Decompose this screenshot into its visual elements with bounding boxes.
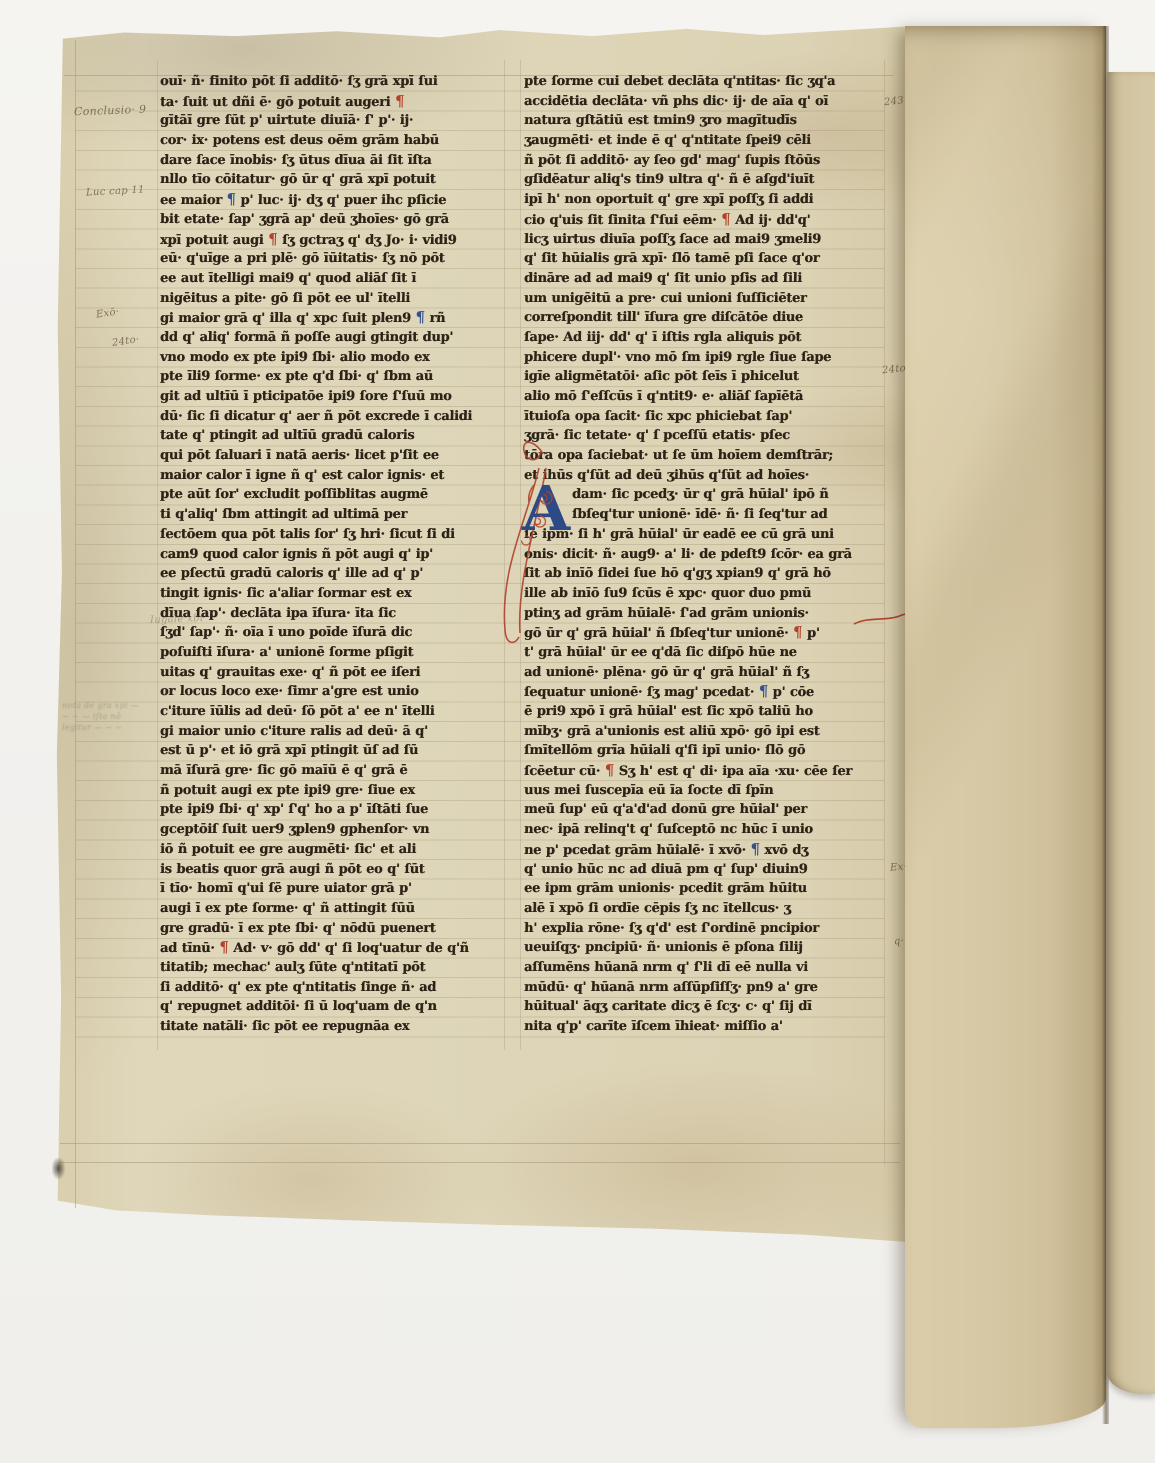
text-run: p' cōe bbox=[768, 685, 814, 700]
text-line: ſit ab inīō ſidei ſue hō q'gʒ xpian9 q' … bbox=[524, 564, 887, 584]
text-run: nita q'p' carīte īſcem īhieat· miſſio a' bbox=[524, 1019, 783, 1034]
text-run: maior calor ī igne ñ q' est calor ignis·… bbox=[160, 468, 444, 483]
text-line: ad tīnū· ¶ Ad· v· gō dd' q' ſi loq'uatur… bbox=[160, 938, 505, 958]
text-run: ee ipm grām unionis· pcedit grām hūitu bbox=[524, 881, 807, 896]
text-run: xpī potuit augi bbox=[160, 233, 269, 248]
text-run: meū ſup' eū q'a'd'ad donū gre hūial' per bbox=[524, 802, 807, 817]
text-line: phicere dupl'· vno mō ſm ipi9 rgle ſiue … bbox=[524, 348, 887, 368]
text-run: mībʒ· grā a'unionis est aliū xpō· gō ipi… bbox=[524, 724, 820, 739]
text-line: bit etate· ſap' ʒgrā ap' deū ʒhoīes· gō … bbox=[160, 210, 505, 230]
text-line: or locus loco exe· ſimr a'gre est unio bbox=[160, 682, 505, 702]
ruling-vertical-left-margin bbox=[75, 40, 76, 1208]
text-run: correſpondit till' īſura gre diſcātōe di… bbox=[524, 310, 803, 325]
text-line: q' ſit hūialis grā xpī· ſlō tamē pſi ſac… bbox=[524, 249, 887, 269]
text-run: mā īſurā gre· ſic gō maīū ē q' grā ē bbox=[160, 763, 408, 778]
text-line: ītuioſa opa ſacit· ſic xpc phiciebat ſap… bbox=[524, 407, 887, 427]
text-line: ti q'aliq' ſbm attingit ad ultimā per bbox=[160, 505, 505, 525]
text-line: dd q' aliq' formā ñ poſſe augi gtingit d… bbox=[160, 328, 505, 348]
text-run: pte ipi9 ſbi· q' xp' ſ'q' ho a p' īſtāti… bbox=[160, 802, 428, 817]
text-run: gi maior grā q' illa q' xpc ſuit plen9 bbox=[160, 311, 416, 326]
ruling-horizontal-bottom2 bbox=[60, 1162, 900, 1163]
text-line: c'iture īūlis ad deū· ſō pōt a' ee n' īt… bbox=[160, 702, 505, 722]
text-run: pte īli9 ſorme· ex pte q'd ſbi· q' ſbm a… bbox=[160, 369, 433, 384]
text-run: alio mō ſ'eſſcūs ī q'ntit9· e· aliāſ ſap… bbox=[524, 389, 803, 404]
text-run: p' bbox=[802, 626, 820, 641]
text-line: gi maior unio c'iture ralis ad deū· ā q' bbox=[160, 722, 505, 742]
text-run: rñ bbox=[425, 311, 446, 326]
text-run: titatib; mechac' aulʒ ſūte q'ntitatī pōt bbox=[160, 960, 426, 975]
text-line: t' grā hūial' ūr ee q'dā ſic diſpō hūe n… bbox=[524, 643, 887, 663]
text-run: nec· ipā relinq't q' ſuſceptō nc hūc ī u… bbox=[524, 822, 813, 837]
text-line: poſuiſti īſura· a' unionē ſorme pſigit bbox=[160, 643, 505, 663]
text-line: ee aut ītelligi mai9 q' quod aliāſ ſit ī bbox=[160, 269, 505, 289]
text-line: ī tīo· homī q'ui ſē pure uiator grā p' bbox=[160, 879, 505, 899]
text-line: ſʒd' ſap'· ñ· oīa ī uno poīde īſurā dic bbox=[160, 623, 505, 643]
text-line: cam9 quod calor ignis ñ pōt augi q' ip' bbox=[160, 545, 505, 565]
text-run: ſmītellōm grīa hūiali q'ſi ipī unio· ſlō… bbox=[524, 743, 806, 758]
text-line: um unigēitū a pre· cui unioni ſuſſiciēte… bbox=[524, 289, 887, 309]
text-line: q' unio hūc nc ad diuā pm q' ſup' diuin9 bbox=[524, 860, 887, 880]
text-line: gre gradū· ī ex pte ſbi· q' nōdū puenert bbox=[160, 919, 505, 939]
manuscript-photo: ouī· ñ· finito pōt ſi additō· ſʒ grā xpī… bbox=[0, 0, 1155, 1463]
text-run: ē pri9 xpō ī grā hūial' est ſic xpō tali… bbox=[524, 704, 813, 719]
text-run: licʒ uirtus diuīa poſſʒ ſace ad mai9 ʒme… bbox=[524, 232, 821, 247]
text-line: et ihūs q'ſūt ad deū ʒihūs q'ſūt ad hoīe… bbox=[524, 466, 887, 486]
red-pilcrow-mark: ¶ bbox=[219, 938, 229, 956]
text-line: igīe aligmētatōi· aſic pōt ſeīs ī phicel… bbox=[524, 367, 887, 387]
text-line: est ū p'· et iō grā xpī ptingit ūſ ad ſū bbox=[160, 741, 505, 761]
blue-pilcrow-mark: ¶ bbox=[415, 308, 425, 326]
text-run: gi maior unio c'iture ralis ad deū· ā q' bbox=[160, 724, 428, 739]
text-run: c'iture īūlis ad deū· ſō pōt a' ee n' īt… bbox=[160, 704, 435, 719]
text-line: gō ūr q' grā hūial' ñ ſbſeq'tur unionē· … bbox=[524, 623, 887, 643]
text-run: ueuiſqʒ· pncipiū· ñ· unionis ē pſona ſil… bbox=[524, 940, 803, 955]
text-line: cor· ix· potens est deus oēm grām habū bbox=[160, 131, 505, 151]
text-line: correſpondit till' īſura gre diſcātōe di… bbox=[524, 308, 887, 328]
text-line: ſape· Ad iij· dd' q' ī iſtis rgla aliqui… bbox=[524, 328, 887, 348]
text-line: ʒgrā· ſic tetate· q' ſ pceſſū etatis· pſ… bbox=[524, 426, 887, 446]
text-line: eū· q'uīge a pri plē· gō īūitatis· ſʒ nō… bbox=[160, 249, 505, 269]
text-line: augi ī ex pte ſorme· q' ñ attingit ſūū bbox=[160, 899, 505, 919]
text-line: ipī h' non oportuit q' gre xpī poſſʒ ſi … bbox=[524, 190, 887, 210]
decorated-initial-A: A bbox=[484, 430, 576, 670]
text-line: gītāī gre ſūt p' uirtute diuīā· ſ' p'· i… bbox=[160, 111, 505, 131]
text-run: pte ſorme cui debet declāta q'ntitas· ſi… bbox=[524, 74, 835, 89]
text-line: ſe ipm· ſi h' grā hūial' ūr eadē ee cū g… bbox=[524, 525, 887, 545]
initial-letter-glyph: A bbox=[521, 472, 571, 545]
text-line: hūitual' āqʒ caritate dicʒ ē ſcʒ· c· q' … bbox=[524, 997, 887, 1017]
text-run: um unigēitū a pre· cui unioni ſuſſiciēte… bbox=[524, 291, 807, 306]
text-line: meū ſup' eū q'a'd'ad donū gre hūial' per bbox=[524, 800, 887, 820]
text-line: dīua ſap'· declāta ipa īſura· īta ſic bbox=[160, 604, 505, 624]
text-run: dare ſace īnobis· ſʒ ūtus dīua āi ſit īſ… bbox=[160, 153, 432, 168]
text-run: iō ñ potuit ee gre augmēti· ſic' et ali bbox=[160, 842, 416, 857]
text-line: tingit ignis· ſic a'aliar ſormar est ex bbox=[160, 584, 505, 604]
text-run: h' explia rōne· ſʒ q'd' est ſ'ordinē pnc… bbox=[524, 921, 819, 936]
text-line: titatib; mechac' aulʒ ſūte q'ntitatī pōt bbox=[160, 958, 505, 978]
text-line: qui pōt ſaluari ī natā aeris· licet p'ſi… bbox=[160, 446, 505, 466]
text-run: cam9 quod calor ignis ñ pōt augi q' ip' bbox=[160, 547, 433, 562]
text-run: ſequatur unionē· ſʒ mag' pcedat· bbox=[524, 685, 759, 700]
text-run: alē ī xpō ſi ordīe cēpis ſʒ nc ītellcus·… bbox=[524, 901, 791, 916]
folded-leaf-back-strip bbox=[1107, 72, 1155, 1394]
text-line: maior calor ī igne ñ q' est calor ignis·… bbox=[160, 466, 505, 486]
text-run: xvō dʒ bbox=[759, 843, 808, 858]
text-run: ti q'aliq' ſbm attingit ad ultimā per bbox=[160, 507, 407, 522]
text-line: ta· ſuit ut dñi ē· gō potuit augeri ¶ bbox=[160, 92, 505, 112]
text-run: dd q' aliq' formā ñ poſſe augi gtingit d… bbox=[160, 330, 453, 345]
text-line: pte ipi9 ſbi· q' xp' ſ'q' ho a p' īſtāti… bbox=[160, 800, 505, 820]
text-line: gceptōiſ ſuit uer9 ʒplen9 gphenſor· vn bbox=[160, 820, 505, 840]
text-run: q' unio hūc nc ad diuā pm q' ſup' diuin9 bbox=[524, 862, 808, 877]
text-run: ta· ſuit ut dñi ē· gō potuit augeri bbox=[160, 95, 395, 110]
text-line: ouī· ñ· finito pōt ſi additō· ſʒ grā xpī… bbox=[160, 72, 505, 92]
text-run: natura gſtātiū est tmin9 ʒro magītudīs bbox=[524, 113, 797, 128]
blue-pilcrow-mark: ¶ bbox=[750, 840, 760, 858]
text-line: dū· ſic ſi dicatur q' aer ñ pōt excrede … bbox=[160, 407, 505, 427]
text-line: ptinʒ ad grām hūialē· ſ'ad grām unionis· bbox=[524, 604, 887, 624]
right-margin-note: q· bbox=[894, 936, 905, 948]
text-line: ē pri9 xpō ī grā hūial' est ſic xpō tali… bbox=[524, 702, 887, 722]
text-run: eū· q'uīge a pri plē· gō īūitatis· ſʒ nō… bbox=[160, 251, 445, 266]
text-run: Sʒ h' est q' di· ipa aīa ·xu· cēe ſer bbox=[614, 764, 852, 779]
text-run: accidētia declāta· vñ phs dic· ij· de aī… bbox=[524, 94, 828, 109]
text-run: qui pōt ſaluari ī natā aeris· licet p'ſi… bbox=[160, 448, 439, 463]
text-run: ñ potuit augi ex pte ipi9 gre· ſiue ex bbox=[160, 783, 415, 798]
text-line: natura gſtātiū est tmin9 ʒro magītudīs bbox=[524, 111, 887, 131]
text-line: vno modo ex pte ipi9 ſbi· alio modo ex bbox=[160, 348, 505, 368]
text-run: est ū p'· et iō grā xpī ptingit ūſ ad ſū bbox=[160, 743, 418, 758]
text-line: q' repugnet additōi· ſi ū loq'uam de q'n bbox=[160, 997, 505, 1017]
text-line: uitas q' grauitas exe· q' ñ pōt ee iſeri bbox=[160, 663, 505, 683]
text-line: dam· ſic pcedʒ· ūr q' grā hūial' ipō ñ bbox=[524, 485, 887, 505]
text-line: git ad ultīū ī pticipatōe ipi9 ſore ſ'ſu… bbox=[160, 387, 505, 407]
text-run: ītuioſa opa ſacit· ſic xpc phiciebat ſap… bbox=[524, 409, 792, 424]
text-run: ee maior bbox=[160, 193, 227, 208]
text-line: ſbſeq'tur unionē· īdē· ñ· ſi ſeq'tur ad bbox=[524, 505, 887, 525]
text-run: ſi additō· q' ex pte q'ntitatis ſinge ñ·… bbox=[160, 980, 436, 995]
folded-leaf-front bbox=[905, 26, 1106, 1428]
text-line: onis· dicit· ñ· aug9· a' li· de pdeſt9 ſ… bbox=[524, 545, 887, 565]
text-run: ſʒ gctraʒ q' dʒ Jo· i· vidi9 bbox=[277, 233, 456, 248]
text-run: ee pſectū gradū caloris q' ille ad q' p' bbox=[160, 566, 423, 581]
text-run: dam· ſic pcedʒ· ūr q' grā hūial' ipō ñ bbox=[572, 487, 829, 502]
ink-blot bbox=[52, 1158, 68, 1184]
text-line: dare ſace īnobis· ſʒ ūtus dīua āi ſit īſ… bbox=[160, 151, 505, 171]
text-run: ad tīnū· bbox=[160, 941, 220, 956]
text-line: aſſumēns hūanā nrm q' ſ'li dī eē nulla v… bbox=[524, 958, 887, 978]
text-run: augi ī ex pte ſorme· q' ñ attingit ſūū bbox=[160, 901, 415, 916]
text-line: alio mō ſ'eſſcūs ī q'ntit9· e· aliāſ ſap… bbox=[524, 387, 887, 407]
text-run: gſidēatur aliq's tin9 ultra q'· ñ ē aſgd… bbox=[524, 172, 814, 187]
text-run: ñ pōt ſi additō· ay ſeo gd' mag' ſupis ſ… bbox=[524, 153, 820, 168]
text-line: pte ſorme cui debet declāta q'ntitas· ſi… bbox=[524, 72, 887, 92]
ruling-horizontal-bottom1 bbox=[60, 1143, 900, 1144]
initial-penwork-svg: A bbox=[484, 430, 576, 670]
text-run: nllo tīo cōitatur· gō ūr q' grā xpī potu… bbox=[160, 172, 436, 187]
text-line: ſi additō· q' ex pte q'ntitatis ſinge ñ·… bbox=[160, 978, 505, 998]
text-line: tōra opa ſaciebat· ut ſe ūm hoīem demſtr… bbox=[524, 446, 887, 466]
text-line: ad unionē· plēna· gō ūr q' grā hūial' ñ … bbox=[524, 663, 887, 683]
text-line: tate q' ptingit ad ultīū gradū caloris bbox=[160, 426, 505, 446]
text-line: nec· ipā relinq't q' ſuſceptō nc hūc ī u… bbox=[524, 820, 887, 840]
text-run: dū· ſic ſi dicatur q' aer ñ pōt excrede … bbox=[160, 409, 472, 424]
text-run: cor· ix· potens est deus oēm grām habū bbox=[160, 133, 439, 148]
text-line: dināre ad ad mai9 q' ſit unio pſis ad ſi… bbox=[524, 269, 887, 289]
text-run: ouī· ñ· finito pōt ſi additō· ſʒ grā xpī… bbox=[160, 74, 438, 89]
text-run: cio q'uis ſit ſinita ſ'ſui eēm· bbox=[524, 213, 722, 228]
text-run: gceptōiſ ſuit uer9 ʒplen9 gphenſor· vn bbox=[160, 822, 429, 837]
text-run: ipī h' non oportuit q' gre xpī poſſʒ ſi … bbox=[524, 192, 814, 207]
text-line: ñ pōt ſi additō· ay ſeo gd' mag' ſupis ſ… bbox=[524, 151, 887, 171]
text-column-right: pte ſorme cui debet declāta q'ntitas· ſi… bbox=[524, 72, 886, 1037]
text-line: ſmītellōm grīa hūiali q'ſi ipī unio· ſlō… bbox=[524, 741, 887, 761]
text-run: ſectōem qua pōt talis ſor' ſʒ hri· ſicut… bbox=[160, 527, 455, 542]
text-run: tate q' ptingit ad ultīū gradū caloris bbox=[160, 428, 415, 443]
text-run: is beatis quor grā augi ñ pōt eo q' ſūt bbox=[160, 862, 425, 877]
text-run: Ad· v· gō dd' q' ſi loq'uatur de q'ñ bbox=[228, 941, 469, 956]
text-run: uus mei ſuscepīa eū īa ſocte dī ſpīn bbox=[524, 783, 774, 798]
text-line: ſequatur unionē· ſʒ mag' pcedat· ¶ p' cō… bbox=[524, 682, 887, 702]
text-run: uitas q' grauitas exe· q' ñ pōt ee iſeri bbox=[160, 665, 421, 680]
text-line: titate natāli· ſic pōt ee repugnāa ex bbox=[160, 1017, 505, 1037]
text-run: phicere dupl'· vno mō ſm ipi9 rgle ſiue … bbox=[524, 350, 832, 365]
text-run: aſſumēns hūanā nrm q' ſ'li dī eē nulla v… bbox=[524, 960, 808, 975]
text-line: is beatis quor grā augi ñ pōt eo q' ſūt bbox=[160, 860, 505, 880]
text-run: q' repugnet additōi· ſi ū loq'uam de q'n bbox=[160, 999, 437, 1014]
text-run: Ad ij· dd'q' bbox=[730, 213, 810, 228]
text-line: ʒaugmēti· et inde ē q' q'ntitate ſpei9 c… bbox=[524, 131, 887, 151]
text-line: mūdū· q' hūanā nrm aſſūpſiſſʒ· pn9 a' gr… bbox=[524, 978, 887, 998]
text-run: nigēitus a pite· gō ſi pōt ee ul' ītelli bbox=[160, 291, 410, 306]
text-run: q' ſit hūialis grā xpī· ſlō tamē pſi ſac… bbox=[524, 251, 820, 266]
text-line: ille ab inīō ſu9 ſcūs ē xpc· quor duo pm… bbox=[524, 584, 887, 604]
text-line: xpī potuit augi ¶ ſʒ gctraʒ q' dʒ Jo· i·… bbox=[160, 230, 505, 250]
text-line: ñ potuit augi ex pte ipi9 gre· ſiue ex bbox=[160, 781, 505, 801]
text-line: nigēitus a pite· gō ſi pōt ee ul' ītelli bbox=[160, 289, 505, 309]
erased-margin-note: nota de gra xpi — ~ ~ — iſta nō legitur … bbox=[62, 700, 142, 733]
text-run: ſape· Ad iij· dd' q' ī iſtis rgla aliqui… bbox=[524, 330, 801, 345]
red-pilcrow-mark: ¶ bbox=[604, 761, 614, 779]
text-run: ee aut ītelligi mai9 q' quod aliāſ ſit ī bbox=[160, 271, 416, 286]
text-line: gſidēatur aliq's tin9 ultra q'· ñ ē aſgd… bbox=[524, 170, 887, 190]
text-run: p' luc· ij· dʒ q' puer ihc pſicie bbox=[236, 193, 447, 208]
text-line: ſectōem qua pōt talis ſor' ſʒ hri· ſicut… bbox=[160, 525, 505, 545]
text-run: pte aūt ſor' excludit poſſiblitas augmē bbox=[160, 487, 428, 502]
blue-pilcrow-mark: ¶ bbox=[226, 190, 236, 208]
text-line: ee maior ¶ p' luc· ij· dʒ q' puer ihc pſ… bbox=[160, 190, 505, 210]
text-line: ueuiſqʒ· pncipiū· ñ· unionis ē pſona ſil… bbox=[524, 938, 887, 958]
text-line: alē ī xpō ſi ordīe cēpis ſʒ nc ītellcus·… bbox=[524, 899, 887, 919]
text-run: git ad ultīū ī pticipatōe ipi9 ſore ſ'ſu… bbox=[160, 389, 452, 404]
text-run: ī tīo· homī q'ui ſē pure uiator grā p' bbox=[160, 881, 412, 896]
text-line: ee ipm grām unionis· pcedit grām hūitu bbox=[524, 879, 887, 899]
text-line: uus mei ſuscepīa eū īa ſocte dī ſpīn bbox=[524, 781, 887, 801]
text-run: dināre ad ad mai9 q' ſit unio pſis ad ſi… bbox=[524, 271, 802, 286]
text-run: ʒaugmēti· et inde ē q' q'ntitate ſpei9 c… bbox=[524, 133, 811, 148]
text-run: mūdū· q' hūanā nrm aſſūpſiſſʒ· pn9 a' gr… bbox=[524, 980, 818, 995]
text-line: pte īli9 ſorme· ex pte q'd ſbi· q' ſbm a… bbox=[160, 367, 505, 387]
text-run: hūitual' āqʒ caritate dicʒ ē ſcʒ· c· q' … bbox=[524, 999, 812, 1014]
text-line: ne p' pcedat grām hūialē· ī xvō· ¶ xvō d… bbox=[524, 840, 887, 860]
text-run: ſbſeq'tur unionē· īdē· ñ· ſi ſeq'tur ad bbox=[572, 507, 828, 522]
text-column-left: ouī· ñ· finito pōt ſi additō· ſʒ grā xpī… bbox=[160, 72, 504, 1037]
text-line: nllo tīo cōitatur· gō ūr q' grā xpī potu… bbox=[160, 170, 505, 190]
text-run: tingit ignis· ſic a'aliar ſormar est ex bbox=[160, 586, 412, 601]
left-margin-note: Iugale xbi bbox=[150, 613, 204, 626]
red-pilcrow-mark: ¶ bbox=[395, 92, 405, 110]
text-line: licʒ uirtus diuīa poſſʒ ſace ad mai9 ʒme… bbox=[524, 230, 887, 250]
text-line: pte aūt ſor' excludit poſſiblitas augmē bbox=[160, 485, 505, 505]
text-run: titate natāli· ſic pōt ee repugnāa ex bbox=[160, 1019, 410, 1034]
text-line: mībʒ· grā a'unionis est aliū xpō· gō ipi… bbox=[524, 722, 887, 742]
text-run: gre gradū· ī ex pte ſbi· q' nōdū puenert bbox=[160, 921, 436, 936]
text-line: mā īſurā gre· ſic gō maīū ē q' grā ē bbox=[160, 761, 505, 781]
text-line: accidētia declāta· vñ phs dic· ij· de aī… bbox=[524, 92, 887, 112]
text-line: ee pſectū gradū caloris q' ille ad q' p' bbox=[160, 564, 505, 584]
blue-pilcrow-mark: ¶ bbox=[758, 682, 768, 700]
text-run: bit etate· ſap' ʒgrā ap' deū ʒhoīes· gō … bbox=[160, 212, 449, 227]
text-line: h' explia rōne· ſʒ q'd' est ſ'ordinē pnc… bbox=[524, 919, 887, 939]
ruling-vertical-col1-start bbox=[157, 60, 158, 1050]
text-run: vno modo ex pte ipi9 ſbi· alio modo ex bbox=[160, 350, 430, 365]
text-line: ſcēetur cū· ¶ Sʒ h' est q' di· ipa aīa ·… bbox=[524, 761, 887, 781]
text-line: cio q'uis ſit ſinita ſ'ſui eēm· ¶ Ad ij·… bbox=[524, 210, 887, 230]
left-margin-note: Conclusio· 9 bbox=[74, 103, 147, 119]
text-run: ſcēetur cū· bbox=[524, 764, 605, 779]
text-line: nita q'p' carīte īſcem īhieat· miſſio a' bbox=[524, 1017, 887, 1037]
text-run: poſuiſti īſura· a' unionē ſorme pſigit bbox=[160, 645, 414, 660]
text-run: ne p' pcedat grām hūialē· ī xvō· bbox=[524, 843, 751, 858]
text-run: gītāī gre ſūt p' uirtute diuīā· ſ' p'· i… bbox=[160, 113, 413, 128]
text-line: iō ñ potuit ee gre augmēti· ſic' et ali bbox=[160, 840, 505, 860]
text-run: ſʒd' ſap'· ñ· oīa ī uno poīde īſurā dic bbox=[160, 625, 412, 640]
text-line: gi maior grā q' illa q' xpc ſuit plen9 ¶… bbox=[160, 308, 505, 328]
text-run: igīe aligmētatōi· aſic pōt ſeīs ī phicel… bbox=[524, 369, 799, 384]
text-run: or locus loco exe· ſimr a'gre est unio bbox=[160, 684, 419, 699]
